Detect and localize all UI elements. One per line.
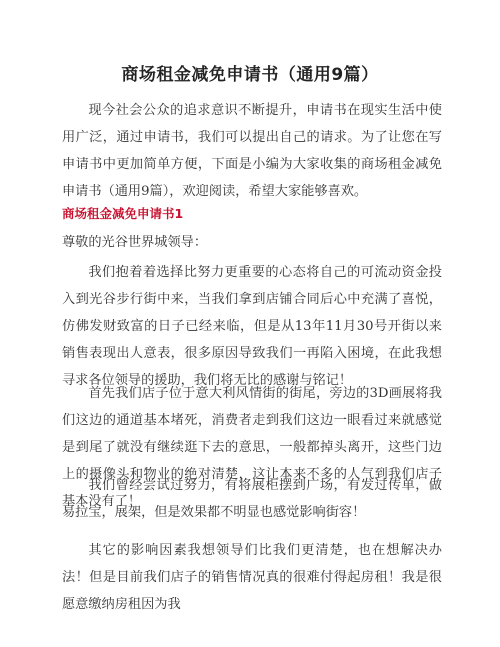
body-paragraph-1: 我们抱着着选择比努力更重要的心态将自己的可流动资金投入到光谷步行街中来，当我们拿…	[62, 259, 442, 394]
document-title: 商场租金减免申请书（通用9篇）	[0, 60, 500, 85]
intro-paragraph: 现今社会公众的追求意识不断提升，申请书在现实生活中使用广泛，通过申请书，我们可以…	[62, 97, 442, 205]
salutation: 尊敬的光谷世界城领导：	[62, 229, 442, 256]
body-paragraph-3: 我们曾经尝试过努力，有将展柜摆到广场，有发过传单，做易拉宝，展架，但是效果都不明…	[62, 472, 442, 526]
body-paragraph-4: 其它的影响因素我想领导们比我们更清楚，也在想解决办法！但是目前我们店子的销售情况…	[62, 537, 442, 618]
document-page: 商场租金减免申请书（通用9篇） 现今社会公众的追求意识不断提升，申请书在现实生活…	[0, 0, 500, 647]
section-heading: 商场租金减免申请书1	[62, 204, 183, 222]
